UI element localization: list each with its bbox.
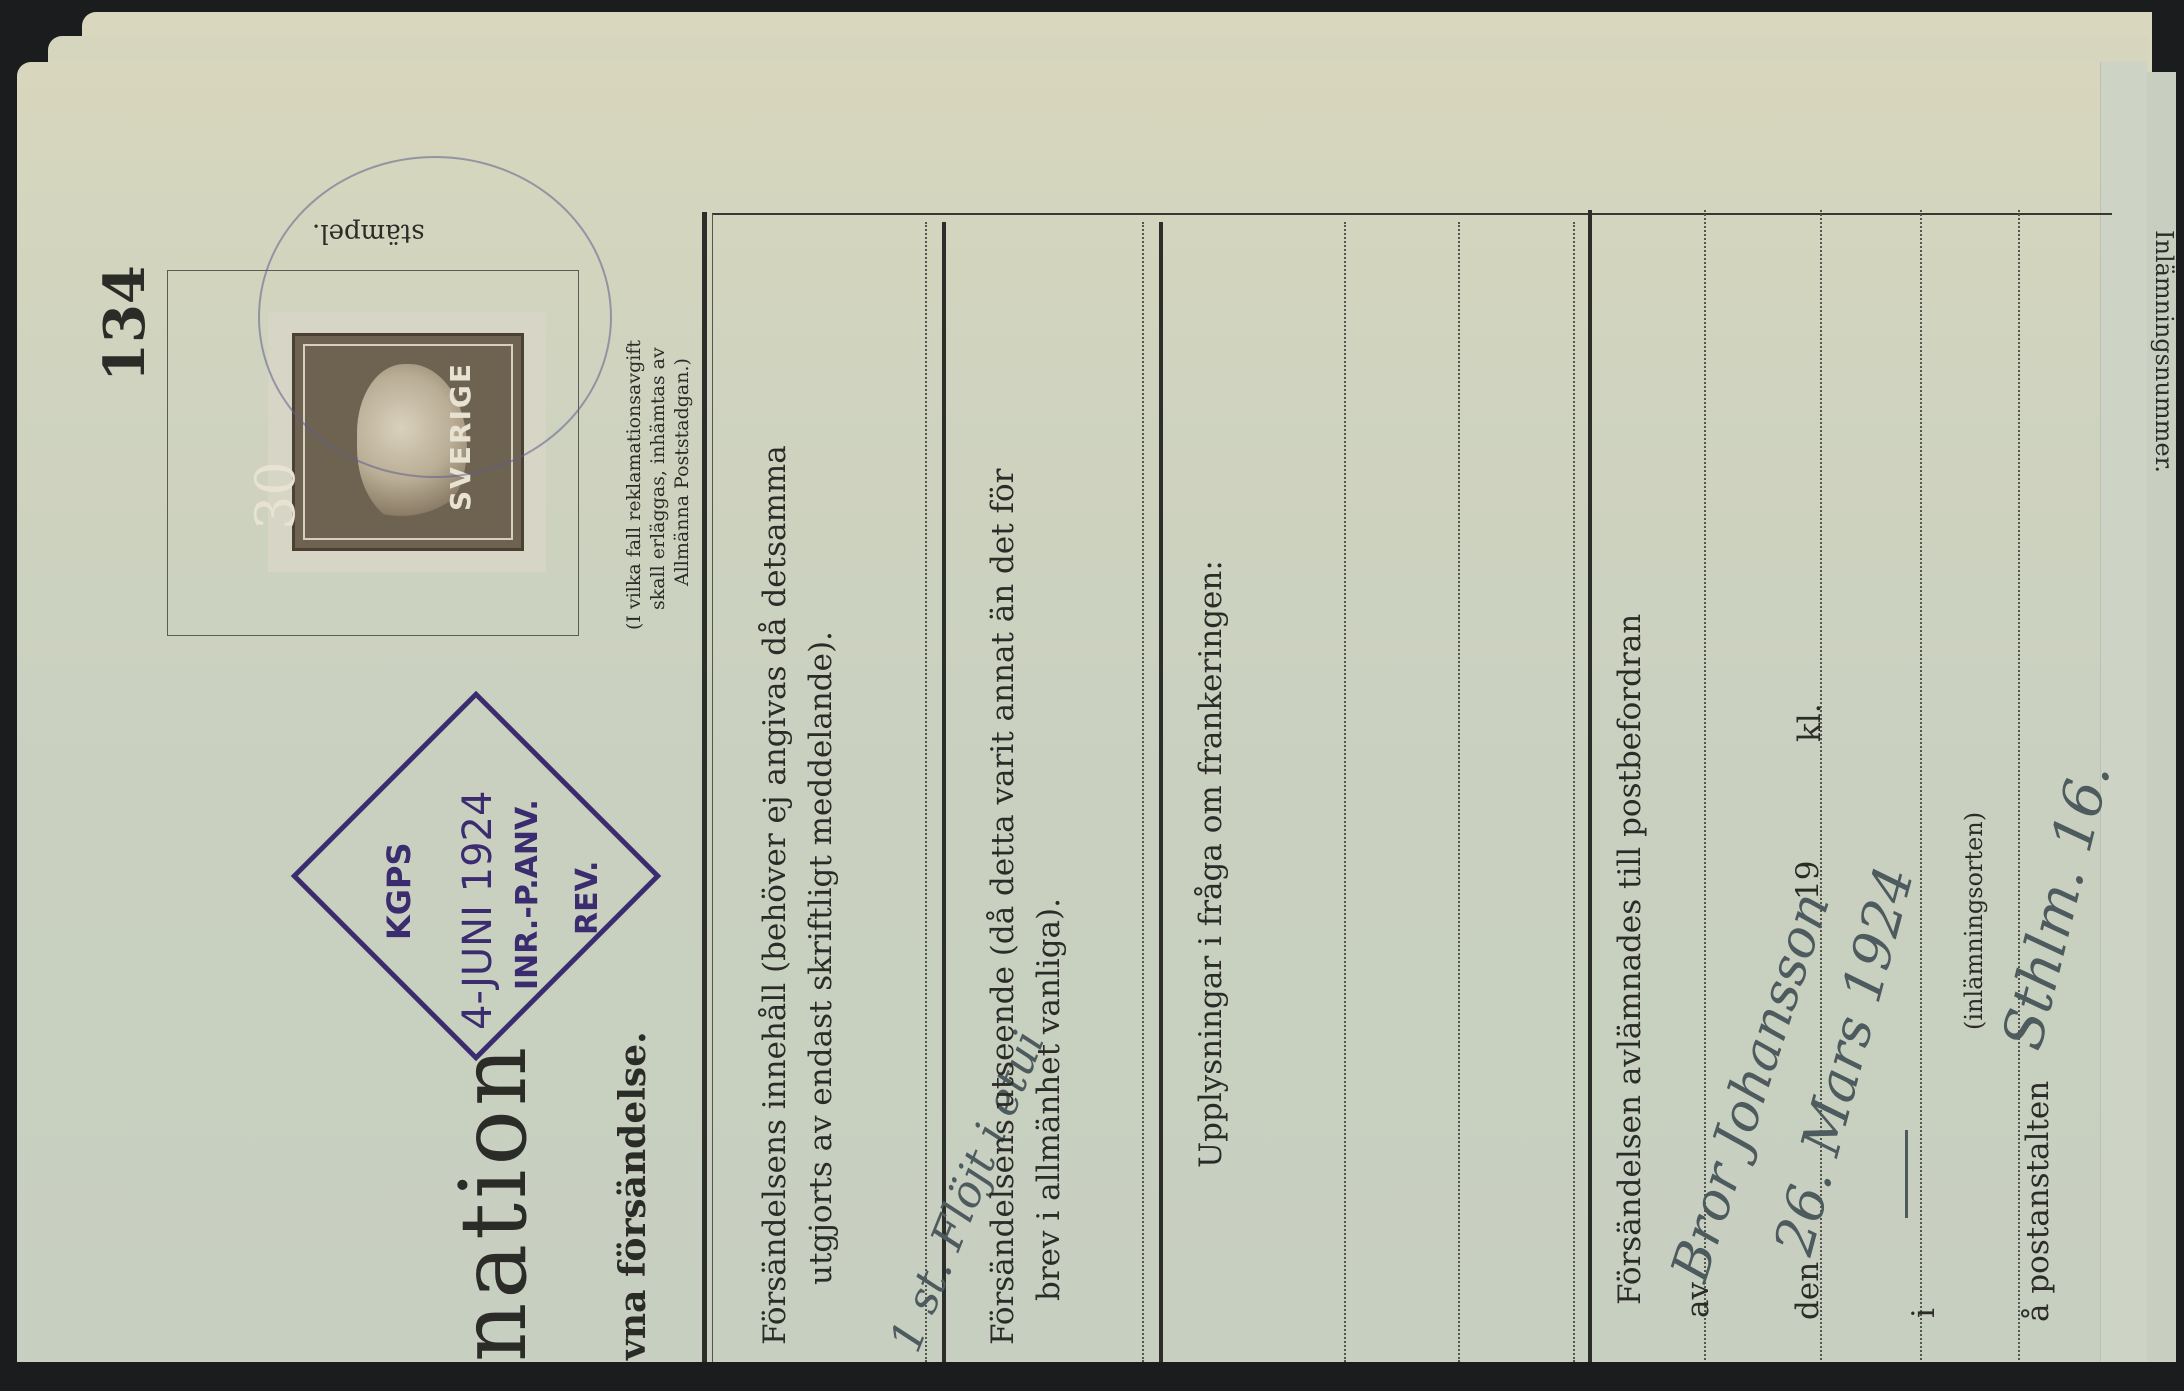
i-value-dash[interactable] (1905, 1130, 1908, 1218)
dotted-line (1142, 222, 1144, 1362)
column-rule (702, 212, 707, 1362)
fee-note-line: (I vilka fall reklamationsavgift (622, 340, 646, 630)
label-line: brev i allmänhet vanliga). (1026, 469, 1072, 1346)
form-title: nation (440, 1043, 547, 1362)
label-line: utgjorts av endast skriftligt meddelande… (798, 445, 844, 1345)
stamp-value: 30 (244, 461, 307, 530)
column-rule (1159, 222, 1163, 1362)
label-line: Försändelsens innehåll (behöver ej angiv… (752, 445, 798, 1345)
postanstalten-label: å postanstalten (2020, 1081, 2056, 1322)
fee-note-line: Allmänna Poststadgan.) (670, 340, 694, 630)
table-top-rule (712, 213, 2112, 215)
field-contents-label: Försändelsens innehåll (behöver ej angiv… (752, 445, 844, 1345)
handstamp-line3: INR.-P.ANV. (510, 799, 545, 990)
dotted-line (925, 222, 927, 1362)
dotted-line (1458, 222, 1460, 1362)
handstamp-line4: REV. (570, 861, 605, 935)
column-rule (1588, 210, 1592, 1362)
kl-label: kl. (1792, 703, 1828, 742)
fee-note: (I vilka fall reklamationsavgift skall e… (622, 340, 694, 630)
fee-note-line: skall erläggas, inhämtas av (646, 340, 670, 630)
form-subtitle: vna försändelse. (612, 1031, 654, 1360)
dotted-line (1920, 210, 1922, 1360)
av-label: av (1680, 1282, 1716, 1318)
handstamp-line1: KGPS (380, 842, 418, 940)
form-number: 134 (92, 265, 158, 382)
right-edge-label: Inlämningsnummer. (2150, 230, 2178, 473)
place-hint: (inlämningsorten) (1960, 812, 1988, 1030)
label-line: Försändelsens utseende (då detta varit a… (980, 469, 1026, 1346)
field-appearance-label: Försändelsens utseende (då detta varit a… (980, 469, 1072, 1346)
paper-fold (2100, 62, 2147, 1362)
i-label: i (1906, 1308, 1942, 1318)
field-franking-label: Upplysningar i fråga om frankeringen: (1193, 560, 1229, 1168)
dotted-line (1344, 222, 1346, 1362)
den-label: den (1790, 1262, 1826, 1320)
dotted-line (1573, 222, 1575, 1362)
year-prefix: 19 (1790, 861, 1826, 900)
handstamp-date: 4-JUNI 1924 (455, 791, 501, 1030)
posting-heading: Försändelsen avlämnades till postbefordr… (1612, 614, 1648, 1305)
column-rule (712, 214, 713, 1362)
postmark-circle (258, 156, 612, 478)
